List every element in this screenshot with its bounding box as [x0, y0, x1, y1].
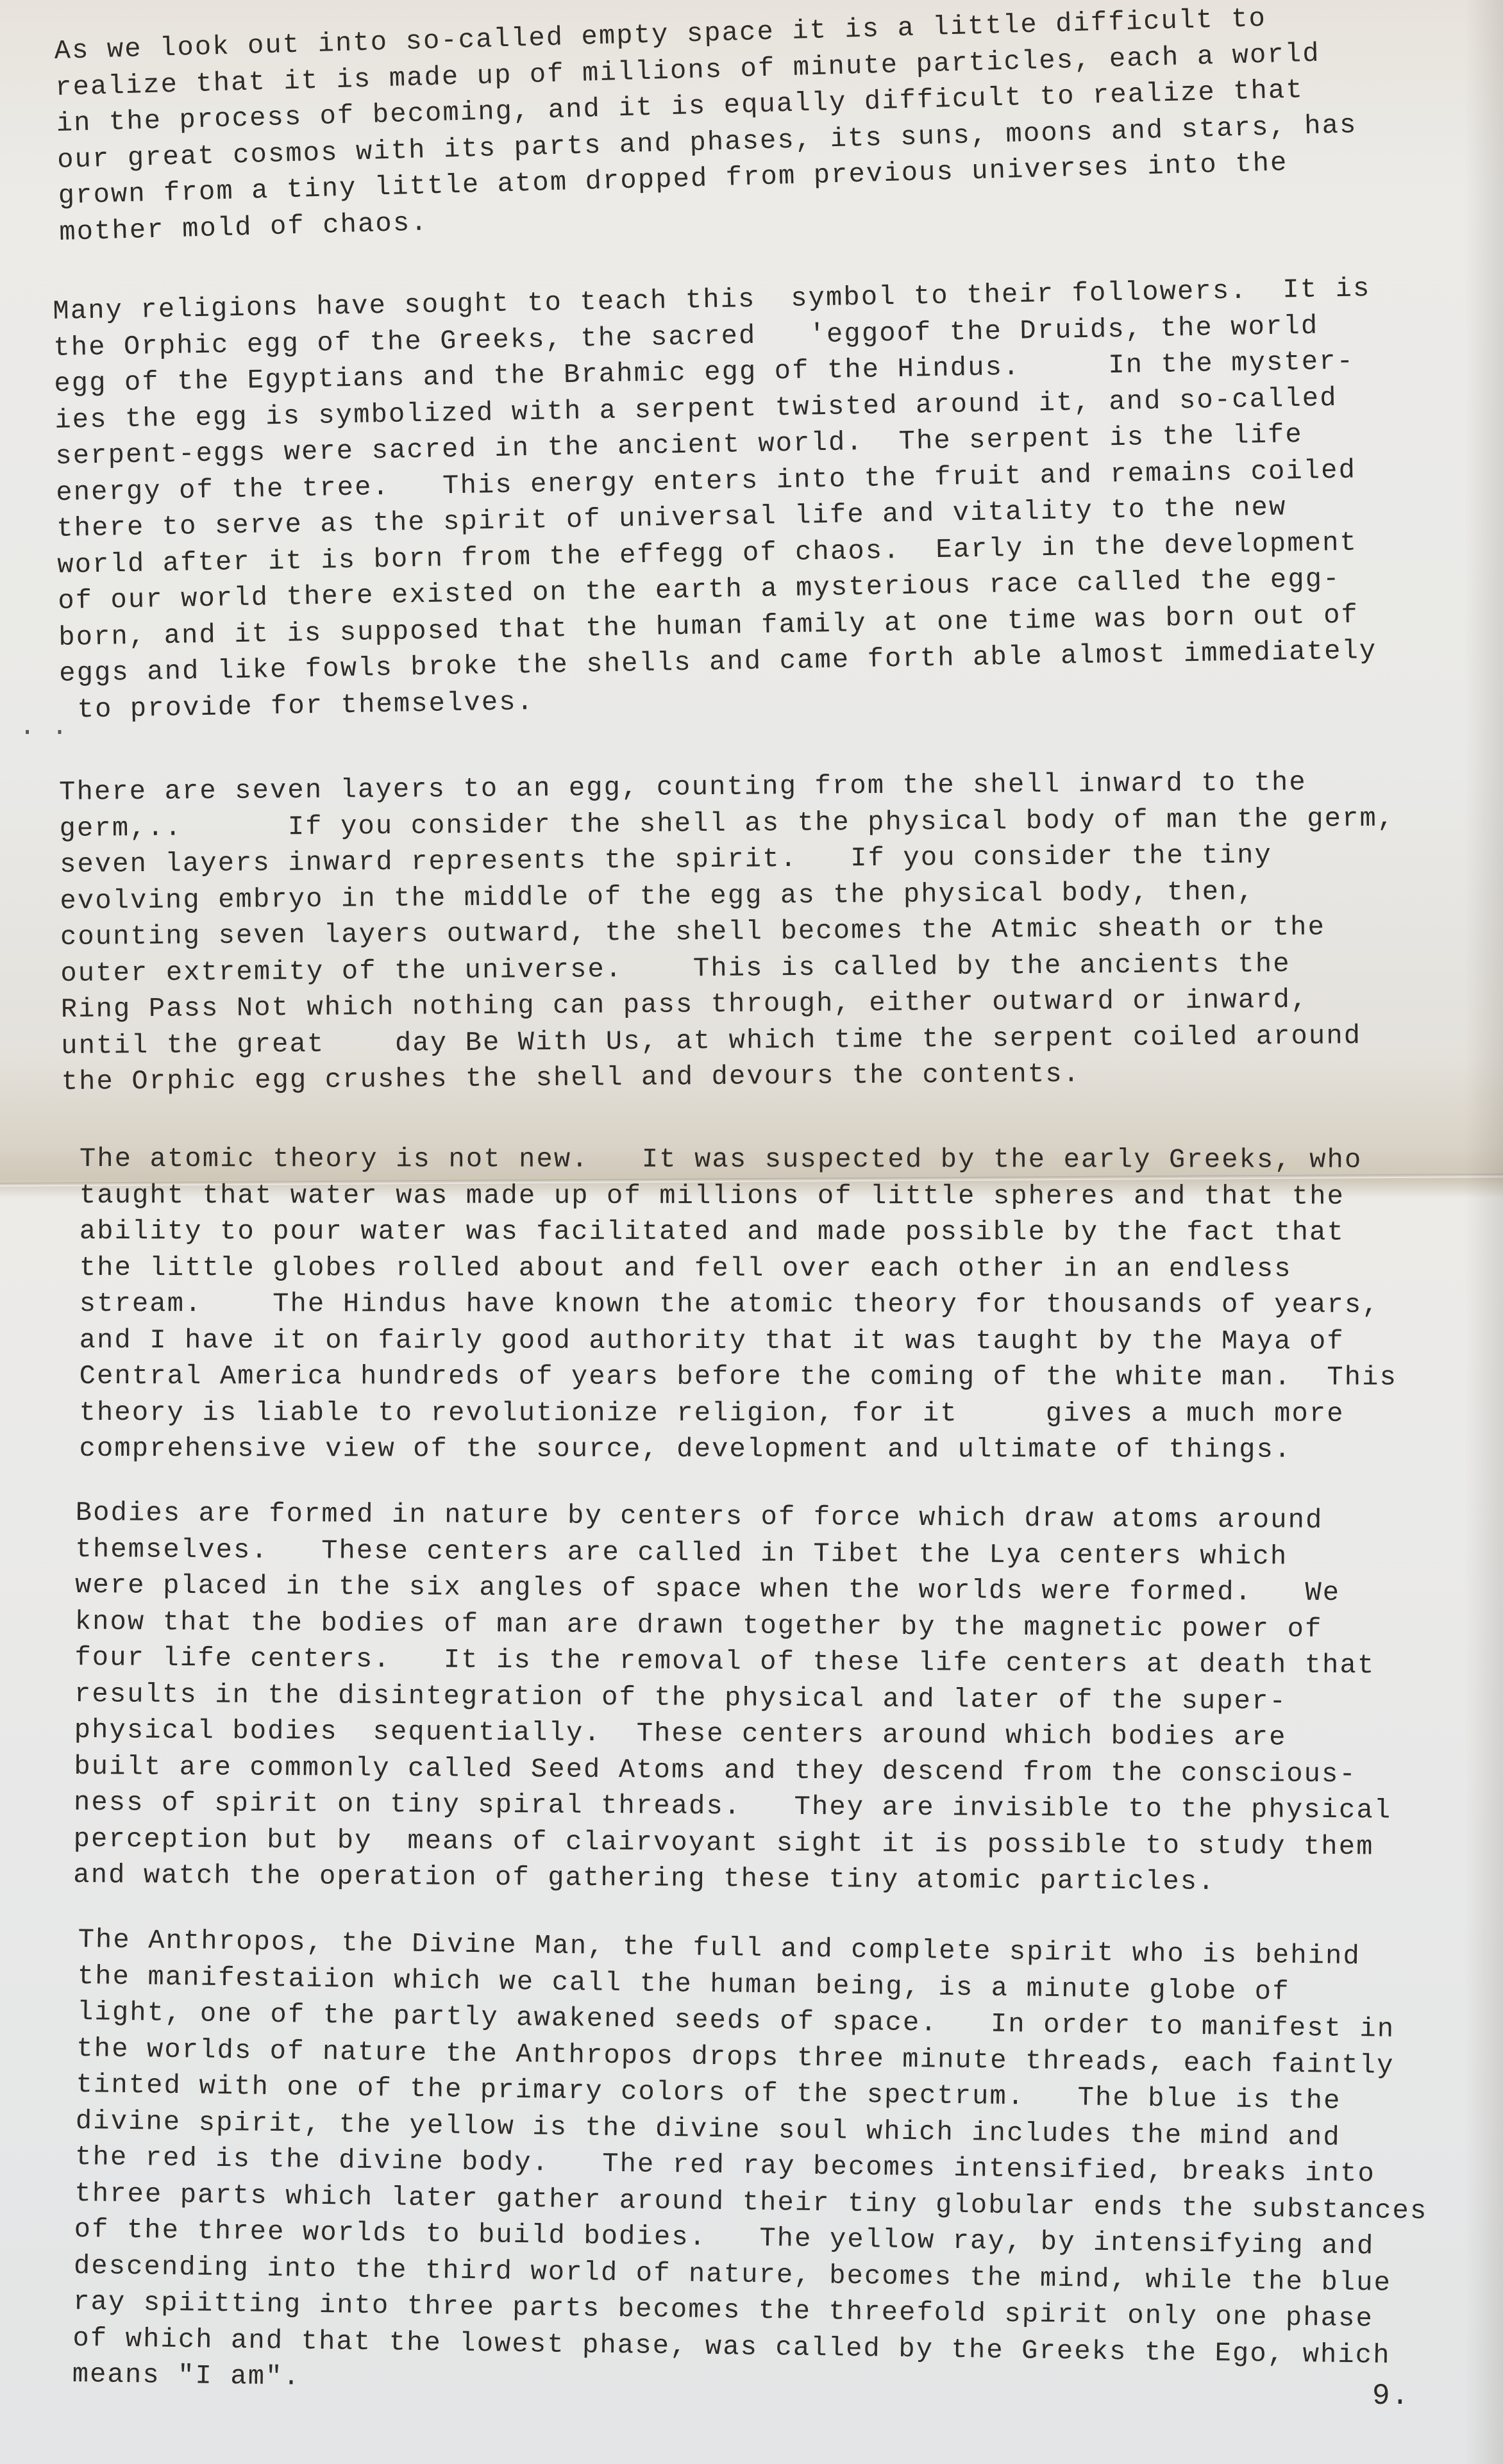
text-line: The atomic theory is not new. It was sus…	[80, 1141, 1397, 1178]
paragraph-cosmos: As we look out into so-called empty spac…	[54, 0, 1359, 251]
page-number: 9.	[1372, 2379, 1410, 2413]
paragraph-anthropos: The Anthropos, the Divine Man, the full …	[72, 1922, 1431, 2410]
paragraph-atomic-theory: The atomic theory is not new. It was sus…	[80, 1141, 1398, 1468]
text-line: comprehensive view of the source, develo…	[80, 1431, 1397, 1468]
text-line: stream. The Hindus have known the atomic…	[80, 1286, 1397, 1323]
paragraph-orphic-egg: Many religions have sought to teach this…	[53, 271, 1378, 728]
text-line: taught that water was made up of million…	[80, 1178, 1397, 1215]
text-line: and watch the operation of gathering the…	[73, 1857, 1391, 1901]
document-page: As we look out into so-called empty spac…	[0, 0, 1503, 2464]
margin-mark: . .	[19, 712, 68, 742]
text-line: theory is liable to revolutionize religi…	[80, 1394, 1397, 1431]
text-line: ability to pour water was facilitated an…	[80, 1213, 1397, 1251]
text-line: Central America hundreds of years before…	[80, 1358, 1397, 1395]
paragraph-seven-layers: There are seven layers to an egg, counti…	[59, 764, 1397, 1101]
paragraph-seed-atoms: Bodies are formed in nature by centers o…	[73, 1495, 1393, 1901]
text-line: the little globes rolled about and fell …	[80, 1249, 1397, 1286]
text-line: and I have it on fairly good authority t…	[80, 1322, 1397, 1360]
